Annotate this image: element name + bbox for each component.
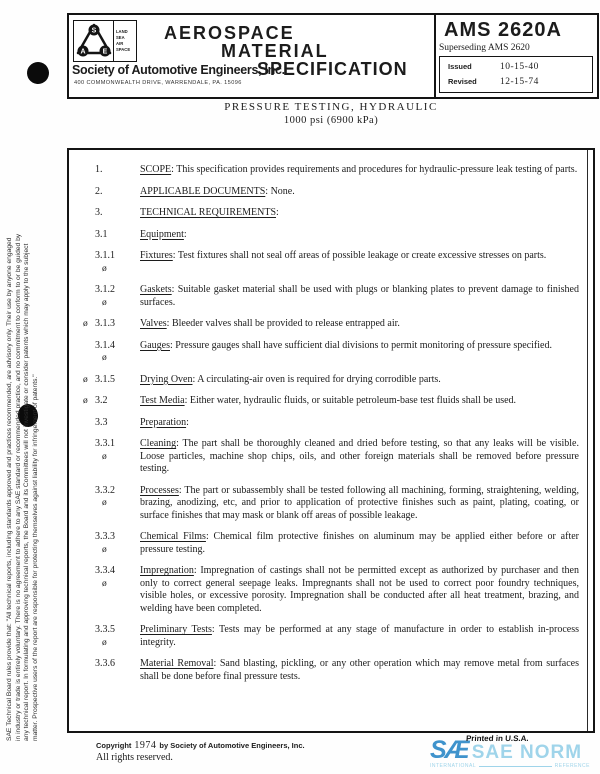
title-line-1: PRESSURE TESTING, HYDRAULIC xyxy=(67,101,595,113)
revision-mark: ø xyxy=(83,318,95,331)
issue-revision-box: Issued 10-15-40 Revised 12-15-74 xyxy=(439,56,593,93)
section-heading: Gaskets xyxy=(140,284,172,295)
header-left: S A E LAND SEA AIR SPACE AEROSPACE MATER… xyxy=(69,15,434,97)
section-number: 3.1.1ø xyxy=(95,250,140,275)
revision-mark: ø xyxy=(102,544,140,557)
scanned-document-page: SAE Technical Board rules provide that: … xyxy=(0,0,600,774)
section-body: : Bleeder valves shall be provided to re… xyxy=(167,318,400,329)
document-number: AMS 2620A xyxy=(444,19,562,42)
punch-hole-top xyxy=(26,61,51,86)
section-text: Fixtures: Test fixtures shall not seal o… xyxy=(140,250,583,263)
section-text: Valves: Bleeder valves shall be provided… xyxy=(140,318,583,331)
section-body: : xyxy=(276,207,279,218)
sae-norm-watermark: Printed in U.S.A. SÆ SAE NORM INTERNATIO… xyxy=(430,735,590,771)
section-body: : xyxy=(186,417,189,428)
section-number: 3.1 xyxy=(95,229,140,242)
number-text: 3.2 xyxy=(95,395,140,408)
number-text: 3.1.4 xyxy=(95,340,140,353)
section-number: 3.2 xyxy=(95,395,140,408)
section-text: Cleaning: The part shall be thoroughly c… xyxy=(140,438,583,476)
number-text: 3.3.4 xyxy=(95,565,140,578)
section-number: 3.3.1ø xyxy=(95,438,140,463)
section-heading: Gauges xyxy=(140,340,170,351)
svg-text:E: E xyxy=(103,49,108,56)
section-row-3-1-2: 3.1.2ø Gaskets: Suitable gasket material… xyxy=(83,284,583,309)
section-row-3-3-5: 3.3.5ø Preliminary Tests: Tests may be p… xyxy=(83,624,583,649)
section-heading: SCOPE xyxy=(140,164,171,175)
section-body: : A circulating-air oven is required for… xyxy=(193,374,441,385)
section-row-3: 3. TECHNICAL REQUIREMENTS: xyxy=(83,207,583,220)
section-text: Material Removal: Sand blasting, picklin… xyxy=(140,658,583,683)
disclaimer-line: SAE Technical Board rules provide that: … xyxy=(6,113,15,741)
copyright-line: Copyright1974by Society of Automotive En… xyxy=(96,740,305,751)
revised-row: Revised 12-15-74 xyxy=(448,77,592,87)
section-body: : None. xyxy=(265,186,294,197)
section-body: : The part shall be thoroughly cleaned a… xyxy=(140,438,579,474)
section-text: Preparation: xyxy=(140,417,583,430)
section-number: 3.1.2ø xyxy=(95,284,140,309)
rights-line: All rights reserved. xyxy=(96,752,305,763)
number-text: 3.3.1 xyxy=(95,438,140,451)
section-heading: Drying Oven xyxy=(140,374,193,385)
section-row-3-1-3: ø 3.1.3 Valves: Bleeder valves shall be … xyxy=(83,318,583,331)
revision-mark: ø xyxy=(102,263,140,276)
section-heading: Valves xyxy=(140,318,167,329)
svg-text:A: A xyxy=(80,49,85,56)
section-heading: Impregnation xyxy=(140,565,194,576)
svg-text:S: S xyxy=(92,28,97,35)
copyright-by: by Society of Automotive Engineers, Inc. xyxy=(159,741,304,750)
section-row-3-1-1: 3.1.1ø Fixtures: Test fixtures shall not… xyxy=(83,250,583,275)
revision-mark: ø xyxy=(83,395,95,408)
sae-logo: S A E LAND SEA AIR SPACE xyxy=(73,20,137,62)
section-row-3-3-1: 3.3.1ø Cleaning: The part shall be thoro… xyxy=(83,438,583,476)
revision-mark: ø xyxy=(102,497,140,510)
logo-tagline: LAND SEA AIR SPACE xyxy=(113,21,136,61)
section-number: 3.1.3 xyxy=(95,318,140,331)
section-body: : This specification provides requiremen… xyxy=(171,164,577,175)
section-number: 3.3.4ø xyxy=(95,565,140,590)
section-row-1: 1. SCOPE: This specification provides re… xyxy=(83,164,583,177)
revised-label: Revised xyxy=(448,77,500,86)
section-heading: Preliminary Tests xyxy=(140,624,212,635)
section-text: Test Media: Either water, hydraulic flui… xyxy=(140,395,583,408)
section-number: 1. xyxy=(95,164,140,177)
disclaimer-line: any technical report. In formulating and… xyxy=(23,113,32,741)
section-body: : Impregnation of castings shall not be … xyxy=(140,565,579,614)
section-text: SCOPE: This specification provides requi… xyxy=(140,164,583,177)
document-body: 1. SCOPE: This specification provides re… xyxy=(67,148,595,733)
number-text: 3.1.5 xyxy=(95,374,140,387)
superseding-note: Superseding AMS 2620 xyxy=(439,43,530,53)
section-row-3-3-4: 3.3.4ø Impregnation: Impregnation of cas… xyxy=(83,565,583,615)
section-row-3-1: 3.1 Equipment: xyxy=(83,229,583,242)
copyright-block: Copyright1974by Society of Automotive En… xyxy=(96,740,305,763)
section-row-3-1-5: ø 3.1.5 Drying Oven: A circulating-air o… xyxy=(83,374,583,387)
section-row-3-3-3: 3.3.3ø Chemical Films: Chemical film pro… xyxy=(83,531,583,556)
section-heading: Equipment xyxy=(140,229,184,240)
section-heading: Chemical Films xyxy=(140,531,206,542)
section-heading: Preparation xyxy=(140,417,186,428)
revision-mark: ø xyxy=(83,374,95,387)
revision-mark: ø xyxy=(102,637,140,650)
section-number: 3.3.5ø xyxy=(95,624,140,649)
number-text: 3.3.2 xyxy=(95,485,140,498)
section-number: 3.3.3ø xyxy=(95,531,140,556)
section-number: 3.3 xyxy=(95,417,140,430)
disclaimer-line: matter. Prospective users of the report … xyxy=(32,113,41,741)
organization-name: Society of Automotive Engineers, Inc. xyxy=(72,63,285,77)
section-text: APPLICABLE DOCUMENTS: None. xyxy=(140,186,583,199)
sae-triangle-logo-icon: S A E xyxy=(75,22,113,58)
header-right: AMS 2620A Superseding AMS 2620 Issued 10… xyxy=(434,15,597,97)
section-body: : xyxy=(184,229,187,240)
section-heading: TECHNICAL REQUIREMENTS xyxy=(140,207,276,218)
scan-artifact-line xyxy=(587,150,588,731)
section-body: : Suitable gasket material shall be used… xyxy=(140,284,579,308)
revised-date: 12-15-74 xyxy=(500,77,539,87)
revision-mark: ø xyxy=(102,352,140,365)
section-text: TECHNICAL REQUIREMENTS: xyxy=(140,207,583,220)
number-text: 2. xyxy=(95,186,140,199)
issued-label: Issued xyxy=(448,62,500,71)
section-text: Chemical Films: Chemical film protective… xyxy=(140,531,583,556)
number-text: 3.3.5 xyxy=(95,624,140,637)
number-text: 3.3.3 xyxy=(95,531,140,544)
section-number: 3.1.5 xyxy=(95,374,140,387)
disclaimer-line: in industry or trade is entirely volunta… xyxy=(15,113,24,741)
section-number: 3. xyxy=(95,207,140,220)
section-number: 3.3.2ø xyxy=(95,485,140,510)
section-heading: Fixtures xyxy=(140,250,173,261)
section-number: 3.3.6 xyxy=(95,658,140,671)
section-body: : The part or subassembly shall be teste… xyxy=(140,485,579,521)
number-text: 3.1.2 xyxy=(95,284,140,297)
section-body: : Chemical film protective finishes on a… xyxy=(140,531,579,555)
section-row-3-1-4: 3.1.4ø Gauges: Pressure gauges shall hav… xyxy=(83,340,583,365)
section-number: 3.1.4ø xyxy=(95,340,140,365)
section-heading: APPLICABLE DOCUMENTS xyxy=(140,186,265,197)
section-text: Processes: The part or subassembly shall… xyxy=(140,485,583,523)
revision-mark: ø xyxy=(102,297,140,310)
number-text: 3.1 xyxy=(95,229,140,242)
issued-date: 10-15-40 xyxy=(500,62,539,72)
number-text: 1. xyxy=(95,164,140,177)
number-text: 3.1.3 xyxy=(95,318,140,331)
number-text: 3.3 xyxy=(95,417,140,430)
section-text: Gauges: Pressure gauges shall have suffi… xyxy=(140,340,583,353)
section-text: Gaskets: Suitable gasket material shall … xyxy=(140,284,583,309)
section-heading: Cleaning xyxy=(140,438,176,449)
printed-in-usa: Printed in U.S.A. xyxy=(466,734,529,743)
section-heading: Material Removal xyxy=(140,658,214,669)
section-row-3-3-6: 3.3.6 Material Removal: Sand blasting, p… xyxy=(83,658,583,683)
document-header: S A E LAND SEA AIR SPACE AEROSPACE MATER… xyxy=(67,13,599,99)
title-line-2: 1000 psi (6900 kPa) xyxy=(67,115,595,126)
organization-address: 400 COMMONWEALTH DRIVE, WARRENDALE, PA. … xyxy=(74,80,242,86)
section-row-2: 2. APPLICABLE DOCUMENTS: None. xyxy=(83,186,583,199)
number-text: 3.3.6 xyxy=(95,658,140,671)
logo-tag: SPACE xyxy=(116,47,136,53)
document-title: PRESSURE TESTING, HYDRAULIC 1000 psi (69… xyxy=(67,101,595,126)
section-text: Preliminary Tests: Tests may be performe… xyxy=(140,624,583,649)
revision-mark: ø xyxy=(102,451,140,464)
copyright-word: Copyright xyxy=(96,741,131,750)
section-body: : Either water, hydraulic fluids, or sui… xyxy=(185,395,516,406)
section-number: 2. xyxy=(95,186,140,199)
revision-mark: ø xyxy=(102,578,140,591)
section-text: Equipment: xyxy=(140,229,583,242)
section-text: Drying Oven: A circulating-air oven is r… xyxy=(140,374,583,387)
section-body: : Test fixtures shall not seal off areas… xyxy=(173,250,547,261)
issued-row: Issued 10-15-40 xyxy=(448,62,592,72)
number-text: 3.1.1 xyxy=(95,250,140,263)
sae-watermark-icon: SÆ xyxy=(430,737,468,763)
section-heading: Test Media xyxy=(140,395,185,406)
copyright-year: 1974 xyxy=(131,740,159,751)
sae-norm-text: SAE NORM xyxy=(472,740,582,766)
section-text: Impregnation: Impregnation of castings s… xyxy=(140,565,583,615)
section-row-3-3-2: 3.3.2ø Processes: The part or subassembl… xyxy=(83,485,583,523)
section-row-3-2: ø 3.2 Test Media: Either water, hydrauli… xyxy=(83,395,583,408)
number-text: 3. xyxy=(95,207,140,220)
section-heading: Processes xyxy=(140,485,179,496)
section-row-3-3: 3.3 Preparation: xyxy=(83,417,583,430)
section-body: : Pressure gauges shall have sufficient … xyxy=(170,340,552,351)
